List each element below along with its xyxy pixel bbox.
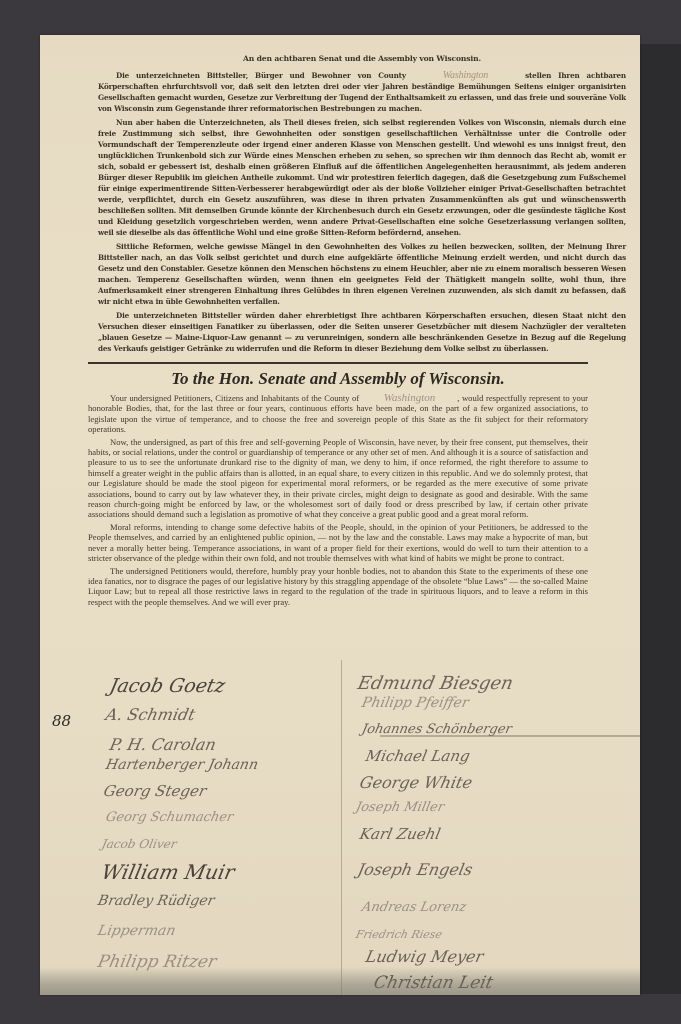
english-paragraph-2: Now, the undersigned, as part of this fr…: [88, 437, 588, 520]
german-paragraph-4: Die unterzeichneten Bittsteller würden d…: [98, 310, 626, 354]
signature: Georg Steger: [102, 782, 208, 800]
german-title: An den achtbaren Senat und die Assembly …: [98, 53, 626, 64]
signature: Andreas Lorenz: [360, 900, 467, 915]
signature: Philipp Pfeiffer: [360, 695, 470, 711]
german-paragraph-2: Nun aber haben die Unterzeichneten, als …: [98, 117, 626, 238]
paper-bottom-shadow: [40, 967, 640, 995]
signature: George White: [358, 773, 474, 792]
signature: Jacob Oliver: [101, 837, 179, 851]
signature: Joseph Engels: [356, 860, 474, 879]
signature: Johannes Schönberger: [360, 722, 513, 737]
signature: Karl Zuehl: [358, 825, 442, 843]
english-petition-section: To the Hon. Senate and Assembly of Wisco…: [88, 369, 588, 609]
signature-column-divider: [341, 660, 342, 995]
signature: A. Schmidt: [104, 705, 197, 724]
english-title: To the Hon. Senate and Assembly of Wisco…: [88, 369, 588, 389]
signature: P. H. Carolan: [108, 735, 218, 754]
signature: Joseph Miller: [354, 800, 445, 815]
english-paragraph-3: Moral reforms, intending to change some …: [88, 522, 588, 564]
german-petition-section: An den achtbaren Senat und die Assembly …: [98, 53, 626, 357]
signature: Jacob Goetz: [108, 675, 227, 697]
signature: Bradley Rüdiger: [96, 893, 216, 909]
german-paragraph-3: Sittliche Reformen, welche gewisse Mänge…: [98, 241, 626, 307]
signature: Hartenberger Johann: [104, 757, 259, 773]
signature: Georg Schumacher: [104, 810, 234, 825]
german-paragraph-1: Die unterzeichneten Bittsteller, Bürger …: [98, 70, 626, 114]
signature: Edmund Biesgen: [356, 673, 515, 694]
signature: Michael Lang: [364, 747, 472, 765]
english-paragraph-4: The undersigned Petitioners would, there…: [88, 566, 588, 608]
margin-page-number: 88: [52, 712, 71, 730]
signature: Lipperman: [96, 923, 177, 939]
petition-document: An den achtbaren Senat und die Assembly …: [40, 35, 640, 995]
handwritten-county: Washington: [413, 70, 518, 81]
english-paragraph-1: Your undersigned Petitioners, Citizens a…: [88, 393, 588, 435]
signature: William Muir: [99, 860, 236, 884]
signature: Friedrich Riese: [355, 928, 444, 941]
section-divider-rule: [88, 362, 588, 364]
handwritten-county: Washington: [362, 392, 458, 404]
signature: Ludwig Meyer: [364, 947, 485, 966]
